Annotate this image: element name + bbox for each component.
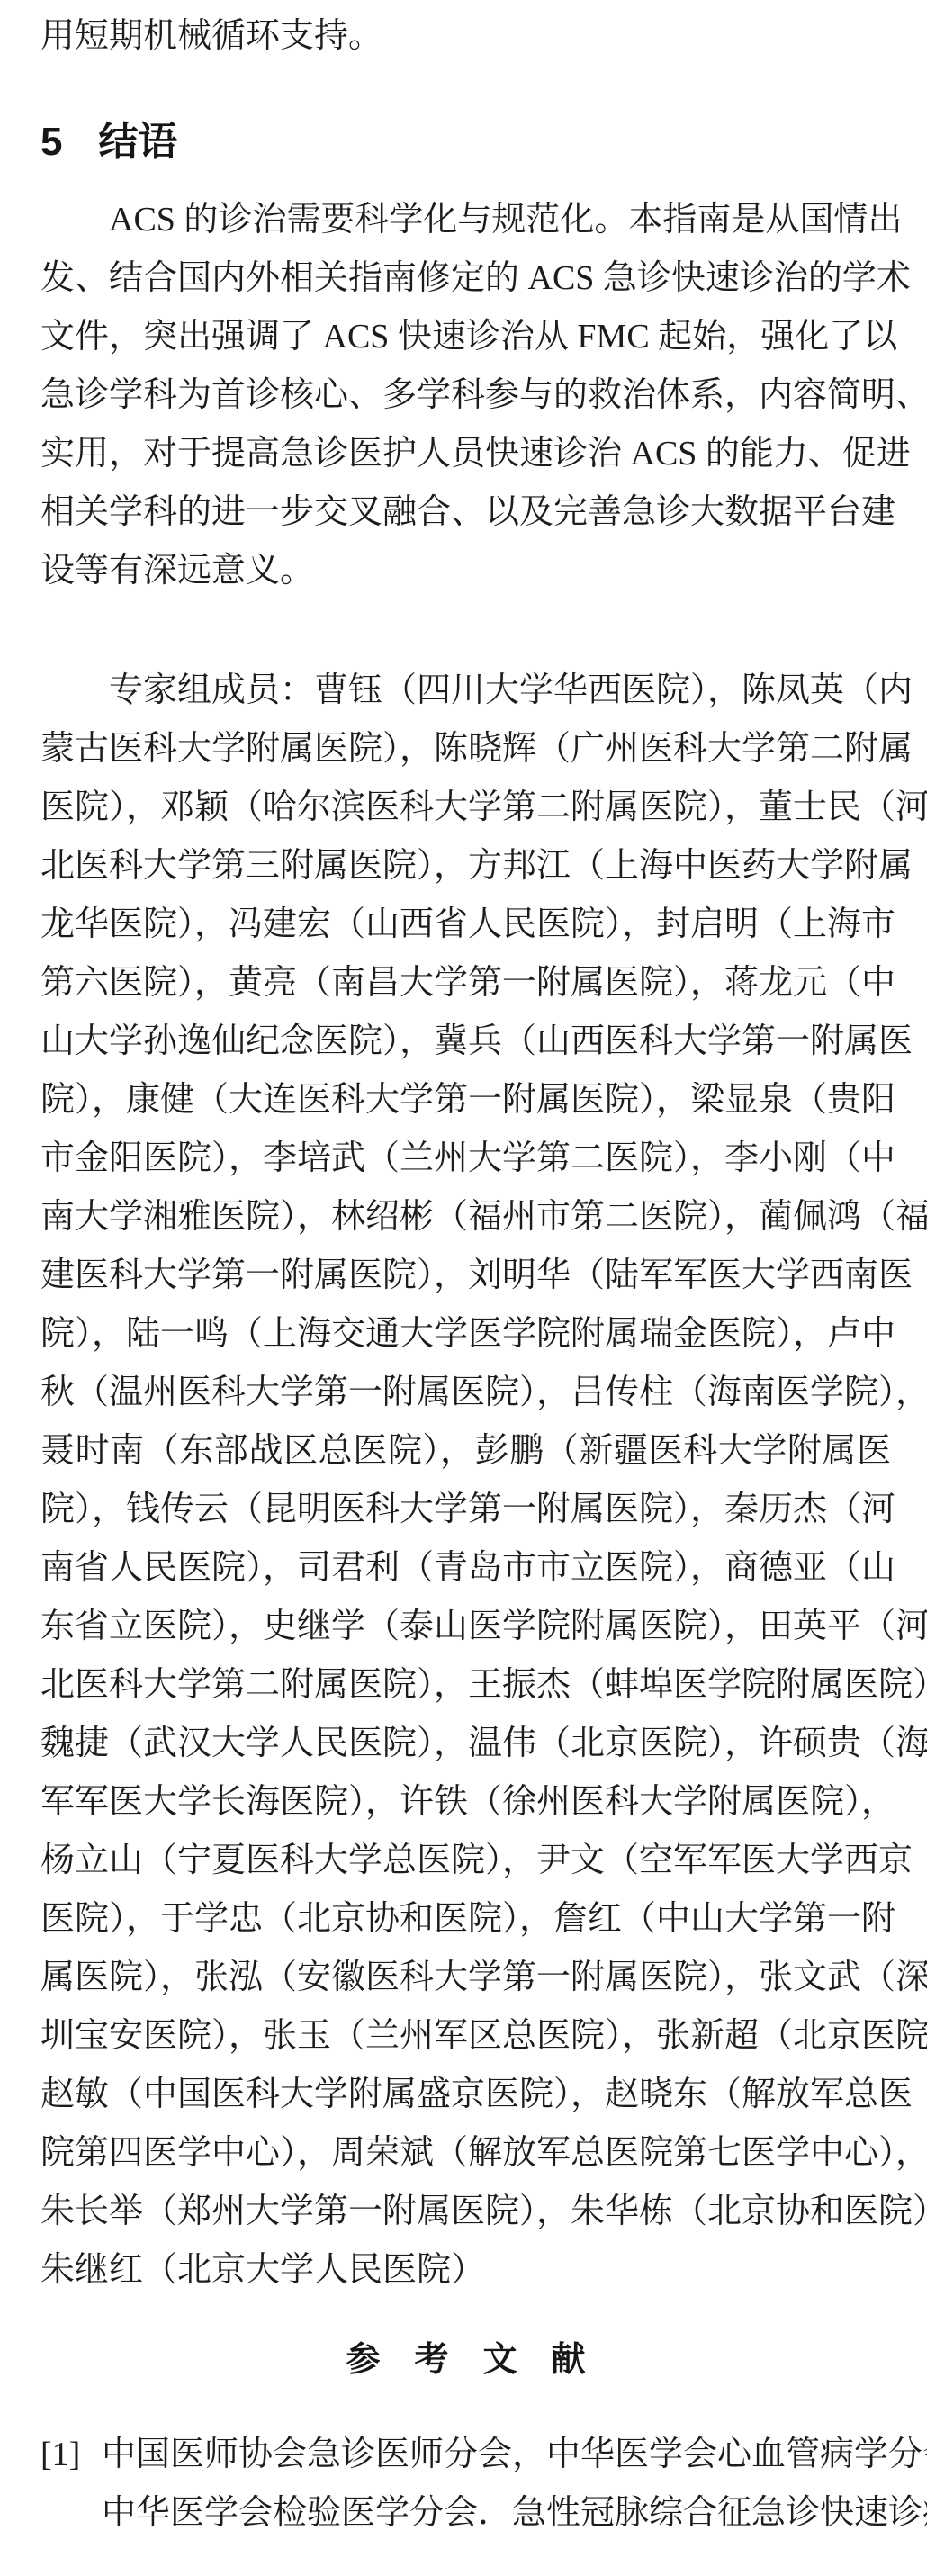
experts-line: 圳宝安医院），张玉（兰州军区总医院），张新超（北京医院）， bbox=[40, 2007, 891, 2066]
experts-line: 朱继红（北京大学人民医院） bbox=[40, 2241, 891, 2300]
reference-body: 中国医师协会急诊医师分会，中华医学会心血管病学分会，中华医学会检验医学分会．急性… bbox=[102, 2426, 891, 2543]
reference-line: 中华医学会检验医学分会．急性冠脉综合征急诊快速诊疗指 bbox=[102, 2484, 891, 2543]
section-title: 结语 bbox=[98, 120, 177, 164]
experts-line: 院），陆一鸣（上海交通大学医学院附属瑞金医院），卢中 bbox=[40, 1305, 891, 1364]
experts-line: 东省立医院），史继学（泰山医学院附属医院），田英平（河 bbox=[40, 1598, 891, 1656]
experts-line: 建医科大学第一附属医院），刘明华（陆军军医大学西南医 bbox=[40, 1247, 891, 1305]
conclusion-line: 设等有深远意义。 bbox=[40, 542, 891, 600]
experts-line: 秋（温州医科大学第一附属医院），吕传柱（海南医学院）， bbox=[40, 1364, 891, 1422]
conclusion-paragraph: ACS 的诊治需要科学化与规范化。本指南是从国情出发、结合国内外相关指南修定的 … bbox=[40, 191, 891, 600]
references-heading: 参考文献 bbox=[40, 2331, 891, 2390]
reference-line: 中国医师协会急诊医师分会，中华医学会心血管病学分会， bbox=[102, 2426, 891, 2484]
conclusion-line: 发、结合国内外相关指南修定的 ACS 急诊快速诊治的学术 bbox=[40, 249, 891, 308]
conclusion-line: 急诊学科为首诊核心、多学科参与的救治体系，内容简明、 bbox=[40, 366, 891, 425]
experts-paragraph: 专家组成员：曹钰（四川大学华西医院），陈凤英（内蒙古医科大学附属医院），陈晓辉（… bbox=[40, 662, 891, 2300]
conclusion-line: 实用，对于提高急诊医护人员快速诊治 ACS 的能力、促进 bbox=[40, 425, 891, 483]
experts-line: 赵敏（中国医科大学附属盛京医院），赵晓东（解放军总医 bbox=[40, 2066, 891, 2124]
experts-line: 市金阳医院），李培武（兰州大学第二医院），李小刚（中 bbox=[40, 1130, 891, 1188]
section-number: 5 bbox=[40, 113, 62, 171]
experts-line: 聂时南（东部战区总医院），彭鹏（新疆医科大学附属医 bbox=[40, 1422, 891, 1481]
experts-line: 北医科大学第二附属医院），王振杰（蚌埠医学院附属医院）， bbox=[40, 1656, 891, 1715]
experts-line: 北医科大学第三附属医院），方邦江（上海中医药大学附属 bbox=[40, 837, 891, 896]
reference-label: [1] bbox=[40, 2426, 80, 2484]
experts-line: 南省人民医院），司君利（青岛市市立医院），商德亚（山 bbox=[40, 1539, 891, 1598]
conclusion-line: 相关学科的进一步交叉融合、以及完善急诊大数据平台建 bbox=[40, 483, 891, 542]
experts-line: 院），康健（大连医科大学第一附属医院），梁显泉（贵阳 bbox=[40, 1071, 891, 1130]
carryover-text: 用短期机械循环支持。 bbox=[40, 7, 891, 66]
reference-item-1: [1] 中国医师协会急诊医师分会，中华医学会心血管病学分会，中华医学会检验医学分… bbox=[40, 2426, 891, 2543]
experts-line: 医院），邓颖（哈尔滨医科大学第二附属医院），董士民（河 bbox=[40, 779, 891, 837]
section-heading: 5结语 bbox=[40, 113, 891, 171]
document-page: 用短期机械循环支持。 5结语 ACS 的诊治需要科学化与规范化。本指南是从国情出… bbox=[0, 0, 927, 2576]
experts-line: 魏捷（武汉大学人民医院），温伟（北京医院），许硕贵（海 bbox=[40, 1715, 891, 1773]
experts-line: 军军医大学长海医院），许铁（徐州医科大学附属医院）， bbox=[40, 1773, 891, 1832]
experts-line: 院），钱传云（昆明医科大学第一附属医院），秦历杰（河 bbox=[40, 1481, 891, 1539]
experts-line: 龙华医院），冯建宏（山西省人民医院），封启明（上海市 bbox=[40, 896, 891, 954]
experts-line: 朱长举（郑州大学第一附属医院），朱华栋（北京协和医院）， bbox=[40, 2183, 891, 2241]
experts-line: 专家组成员：曹钰（四川大学华西医院），陈凤英（内 bbox=[40, 662, 891, 720]
experts-line: 杨立山（宁夏医科大学总医院），尹文（空军军医大学西京 bbox=[40, 1832, 891, 1890]
experts-line: 蒙古医科大学附属医院），陈晓辉（广州医科大学第二附属 bbox=[40, 720, 891, 779]
conclusion-line: 文件，突出强调了 ACS 快速诊治从 FMC 起始，强化了以 bbox=[40, 308, 891, 366]
experts-line: 医院），于学忠（北京协和医院），詹红（中山大学第一附 bbox=[40, 1890, 891, 1949]
experts-line: 院第四医学中心），周荣斌（解放军总医院第七医学中心）， bbox=[40, 2124, 891, 2183]
conclusion-line: ACS 的诊治需要科学化与规范化。本指南是从国情出 bbox=[40, 191, 891, 249]
experts-line: 南大学湘雅医院），林绍彬（福州市第二医院），蔺佩鸿（福 bbox=[40, 1188, 891, 1247]
experts-line: 属医院），张泓（安徽医科大学第一附属医院），张文武（深 bbox=[40, 1949, 891, 2007]
experts-line: 山大学孙逸仙纪念医院），冀兵（山西医科大学第一附属医 bbox=[40, 1013, 891, 1071]
experts-line: 第六医院），黄亮（南昌大学第一附属医院），蒋龙元（中 bbox=[40, 954, 891, 1013]
